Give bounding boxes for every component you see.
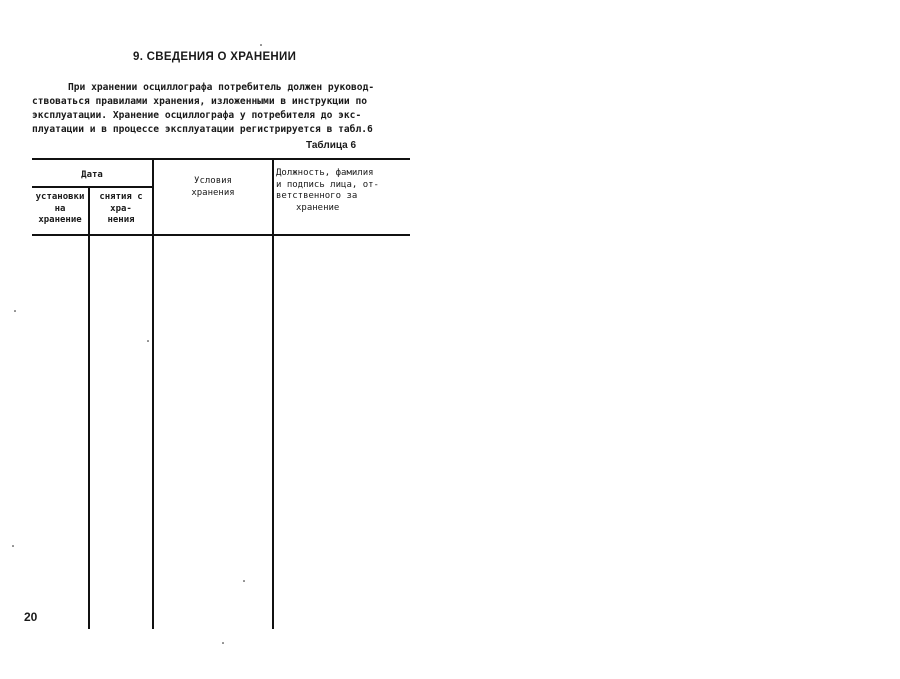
paragraph-line: ствоваться правилами хранения, изложенны… xyxy=(32,95,410,109)
paragraph-line: эксплуатации. Хранение осциллографа у по… xyxy=(32,109,410,123)
paragraph-line: плуатации и в процессе эксплуатации реги… xyxy=(32,123,410,137)
paragraph-line: При хранении осциллографа потребитель до… xyxy=(32,81,410,95)
page-number: 20 xyxy=(24,610,37,624)
scan-speck xyxy=(14,310,16,312)
scan-speck xyxy=(12,545,14,547)
date-subheader-rule xyxy=(32,186,153,188)
scan-speck xyxy=(260,44,262,46)
column-divider xyxy=(272,158,274,629)
storage-instructions-paragraph: При хранении осциллографа потребитель до… xyxy=(32,81,410,137)
column-divider xyxy=(88,187,90,629)
table-caption: Таблица 6 xyxy=(306,140,356,151)
column-divider xyxy=(152,158,154,629)
table-top-rule xyxy=(32,158,410,160)
scan-speck xyxy=(147,340,149,342)
header-removal-date: снятия с хра- нения xyxy=(90,192,152,227)
scan-speck xyxy=(243,580,245,582)
header-storage-conditions: Условия хранения xyxy=(154,176,272,199)
header-date-group: Дата xyxy=(32,170,152,182)
header-install-date: установки на хранение xyxy=(30,192,90,227)
header-responsible-person: Должность, фамилия и подпись лица, от- в… xyxy=(276,168,412,214)
section-title: 9. СВЕДЕНИЯ О ХРАНЕНИИ xyxy=(133,51,296,63)
scan-speck xyxy=(222,642,224,644)
